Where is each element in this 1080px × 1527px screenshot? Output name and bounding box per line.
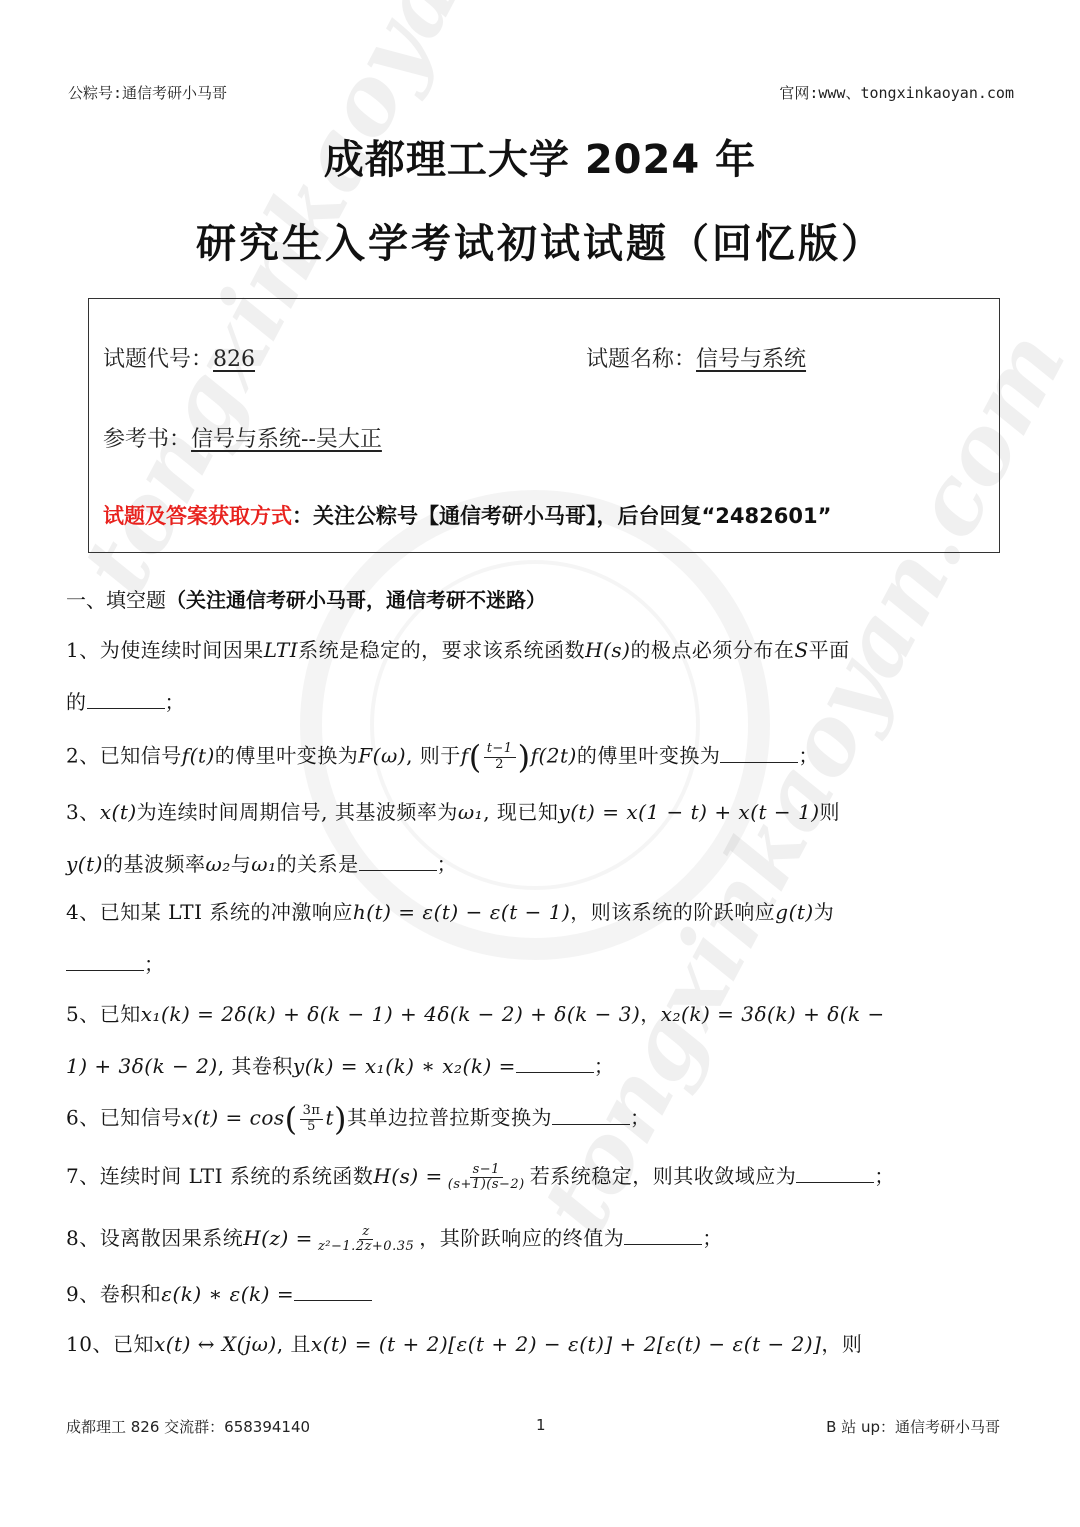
question-5-line-2: 1) + 3δ(k − 2), 其卷积y(k) = x₁(k) ∗ x₂(k) … — [66, 1050, 614, 1079]
page-number: 1 — [536, 1416, 546, 1434]
answer-blank[interactable] — [516, 1054, 594, 1073]
question-6: 6、已知信号x(t) = cos(3π5t)其单边拉普拉斯变换为； — [66, 1100, 650, 1138]
seal-watermark — [300, 490, 770, 960]
fraction: s−1(s+1)(s−2) — [445, 1163, 528, 1193]
exam-name: 试题名称：信号与系统 — [586, 342, 806, 373]
footer-group-info: 成都理工 826 交流群：658394140 — [66, 1416, 310, 1437]
section-label: 一、填空题 — [66, 588, 166, 612]
exam-code: 试题代号：826 — [103, 342, 255, 373]
section-title: 一、填空题（关注通信考研小马哥，通信考研不迷路） — [66, 584, 546, 613]
header-left: 公粽号:通信考研小马哥 — [68, 82, 227, 103]
answer-access-label: 试题及答案获取方式 — [103, 504, 292, 528]
answer-blank[interactable] — [87, 690, 165, 709]
question-7: 7、连续时间 LTI 系统的系统函数H(s) =s−1(s+1)(s−2)若系统… — [66, 1160, 895, 1192]
exam-name-label: 试题名称： — [586, 347, 696, 372]
answer-blank[interactable] — [359, 852, 437, 871]
question-5-line-1: 5、已知x₁(k) = 2δ(k) + δ(k − 1) + 4δ(k − 2)… — [66, 998, 885, 1027]
question-8: 8、设离散因果系统H(z) =zz²−1.2z+0.35，其阶跃响应的终值为； — [66, 1222, 723, 1254]
page-subtitle: 研究生入学考试初试试题（回忆版） — [0, 212, 1080, 269]
question-4-line-2: ； — [66, 948, 165, 977]
reference-book-value: 信号与系统--吴大正 — [191, 427, 382, 452]
question-4-line-1: 4、已知某 LTI 系统的冲激响应h(t) = ε(t) − ε(t − 1)，… — [66, 896, 834, 925]
exam-name-value: 信号与系统 — [696, 347, 806, 372]
answer-blank[interactable] — [720, 744, 798, 763]
fraction: 3π5 — [300, 1104, 324, 1134]
exam-code-value: 826 — [213, 347, 255, 372]
exam-code-label: 试题代号： — [103, 347, 213, 372]
question-9: 9、卷积和ε(k) ∗ ε(k) = — [66, 1278, 372, 1307]
question-1-line-1: 1、为使连续时间因果LTI系统是稳定的，要求该系统函数H(s)的极点必须分布在S… — [66, 634, 850, 663]
header-right: 官网:www、tongxinkaoyan.com — [779, 82, 1014, 103]
reference-book: 参考书：信号与系统--吴大正 — [103, 422, 382, 453]
question-10: 10、已知x(t) ↔ X(jω), 且x(t) = (t + 2)[ε(t +… — [66, 1328, 862, 1357]
fraction: t−12 — [484, 742, 516, 772]
answer-blank[interactable] — [294, 1282, 372, 1301]
fraction: zz²−1.2z+0.35 — [315, 1225, 417, 1255]
question-1-line-2: 的； — [66, 686, 185, 715]
reference-book-label: 参考书： — [103, 427, 191, 452]
answer-blank[interactable] — [624, 1226, 702, 1245]
answer-blank[interactable] — [552, 1106, 630, 1125]
question-3-line-2: y(t)的基波频率ω₂与ω₁的关系是； — [66, 848, 457, 877]
footer-bilibili: B 站 up：通信考研小马哥 — [826, 1416, 1000, 1437]
answer-access-text: ：关注公粽号【通信考研小马哥】，后台回复“2482601” — [292, 504, 831, 528]
answer-blank[interactable] — [66, 952, 144, 971]
section-note: （关注通信考研小马哥，通信考研不迷路） — [166, 588, 546, 612]
answer-access-note: 试题及答案获取方式：关注公粽号【通信考研小马哥】，后台回复“2482601” — [103, 500, 831, 530]
question-3-line-1: 3、x(t)为连续时间周期信号, 其基波频率为ω₁, 现已知y(t) = x(1… — [66, 796, 840, 825]
page-title: 成都理工大学 2024 年 — [0, 128, 1080, 185]
answer-blank[interactable] — [796, 1164, 874, 1183]
question-2: 2、已知信号f(t)的傅里叶变换为F(ω), 则于f(t−12)f(2t)的傅里… — [66, 738, 819, 776]
